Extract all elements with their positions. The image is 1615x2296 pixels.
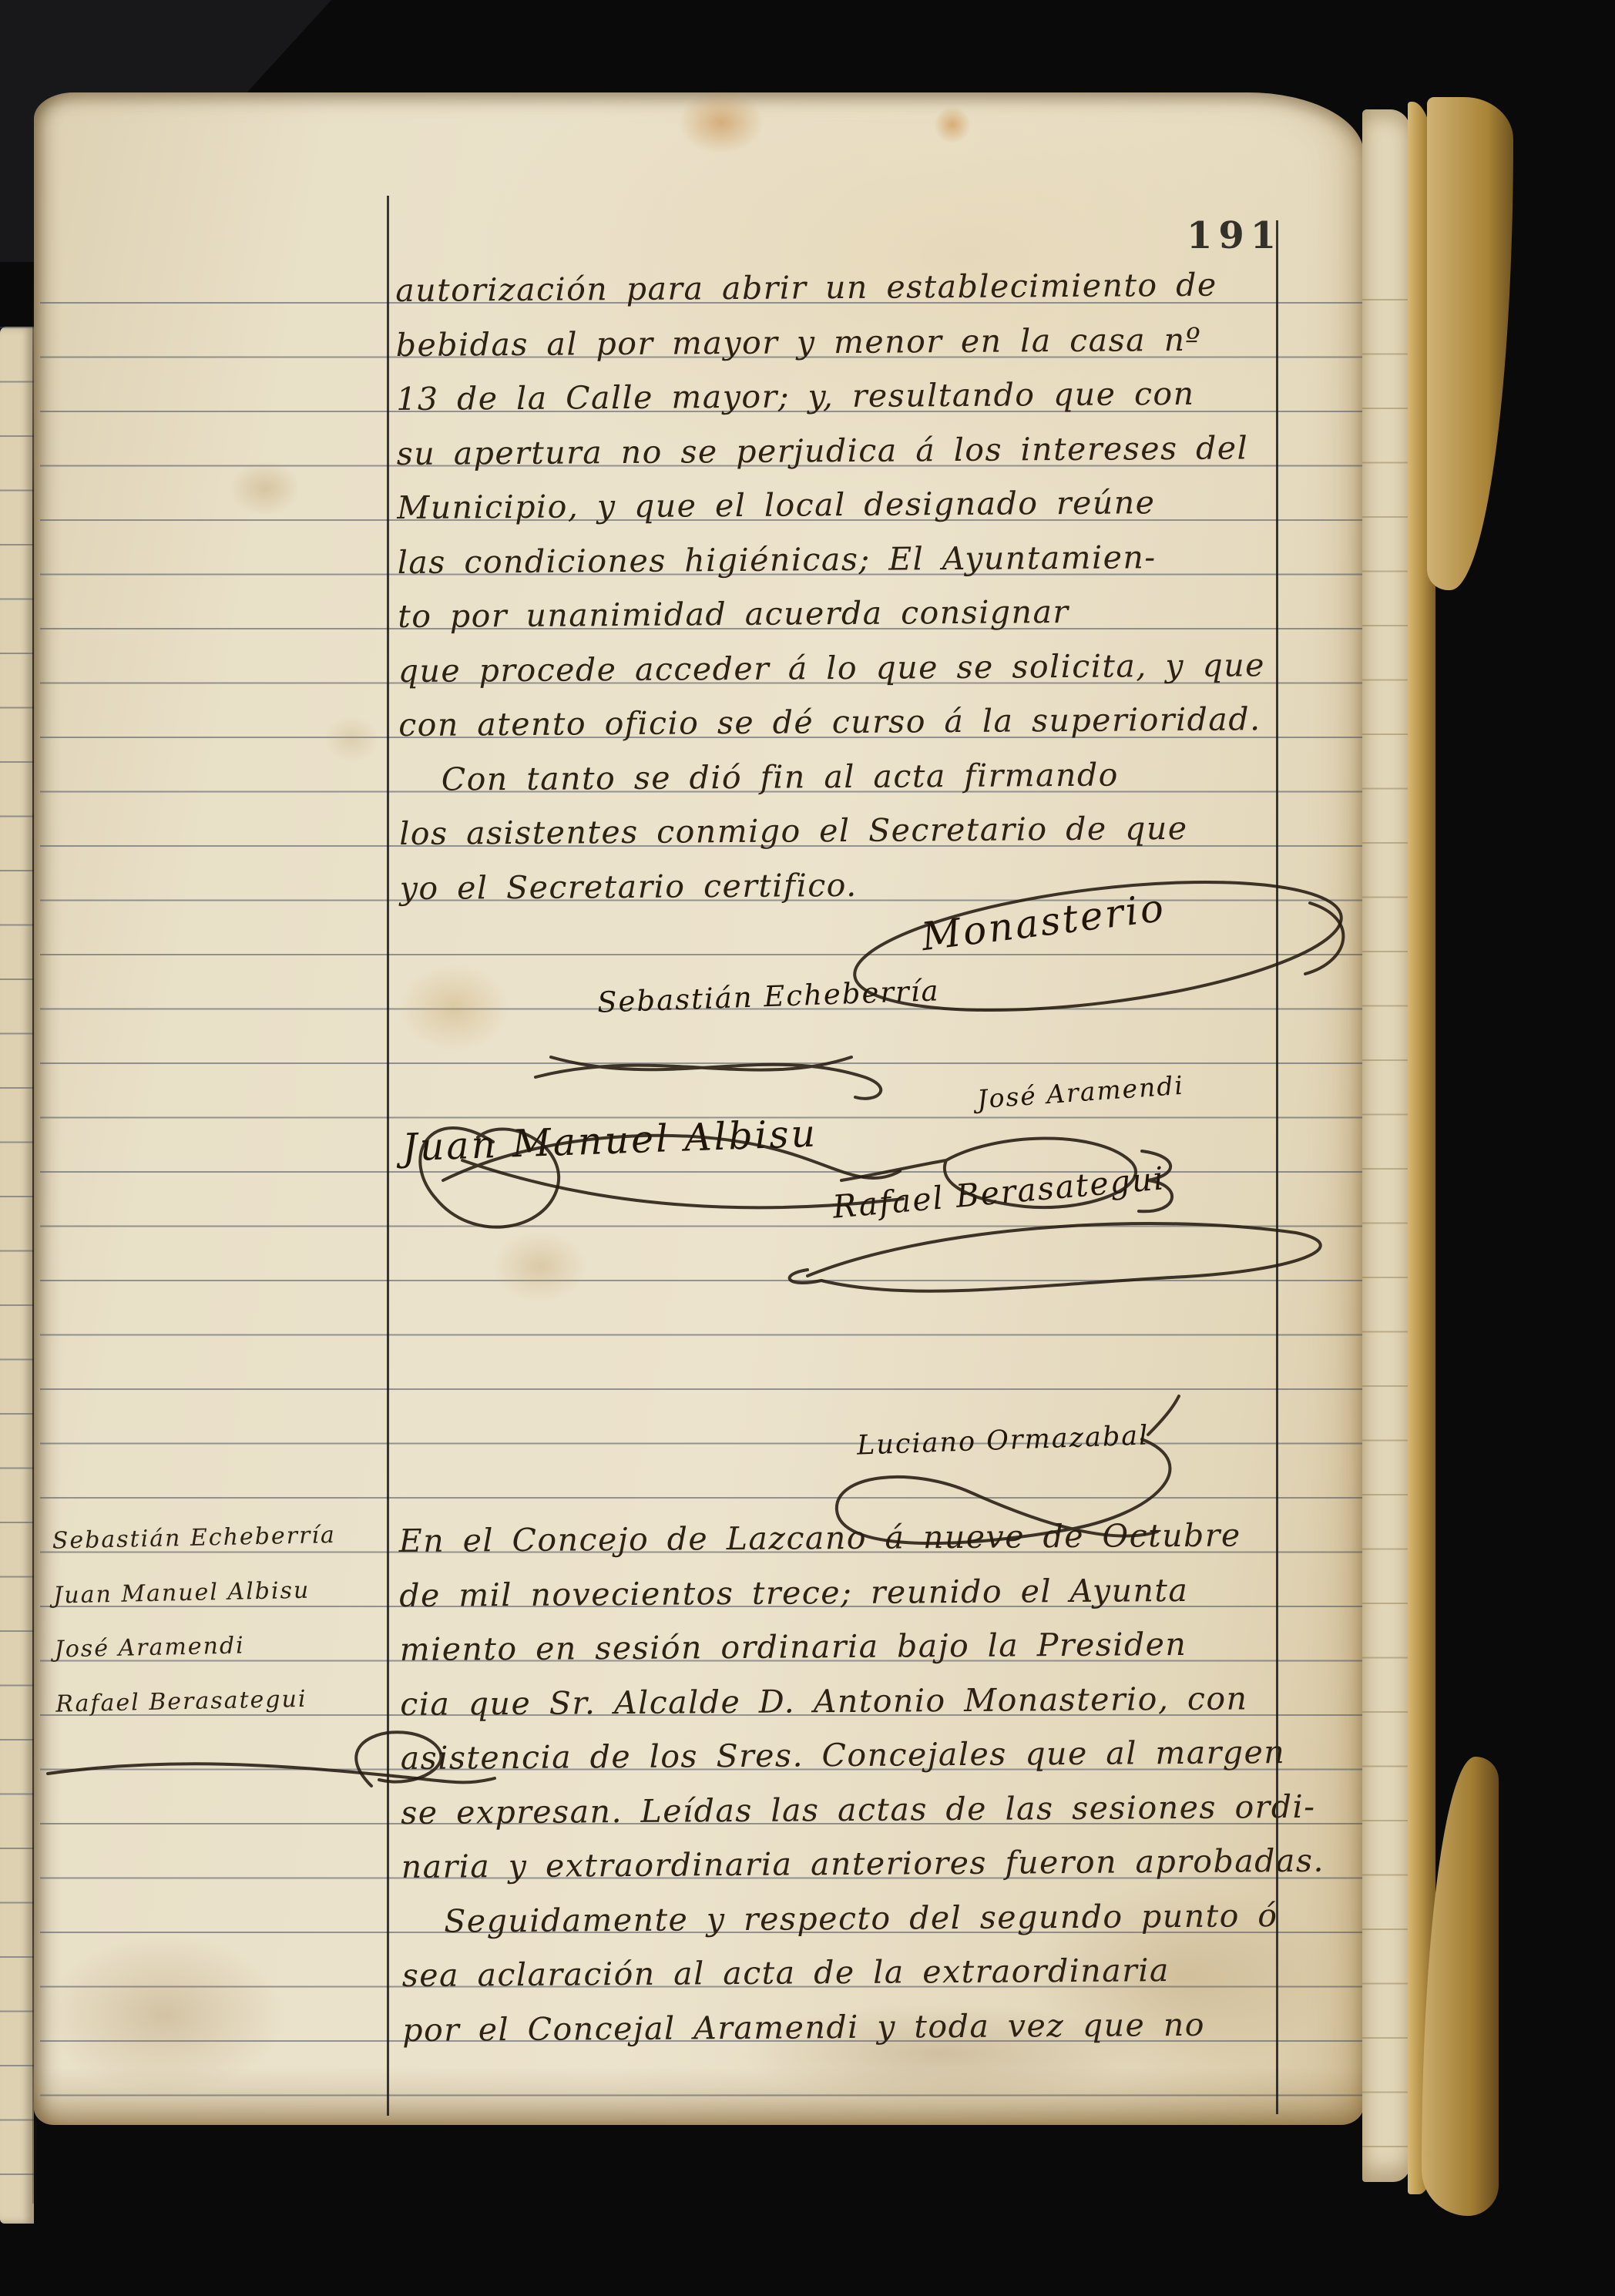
manuscript-line: por el Concejal Aramendi y toda vez que … [402, 1996, 1296, 2057]
stain [678, 91, 764, 154]
manuscript-line: En el Concejo de Lazcano á nueve de Octu… [399, 1508, 1293, 1569]
manuscript-line: su apertura no se perjudica á los intere… [397, 420, 1291, 481]
manuscript-line: Municipio, y que el local designado reún… [397, 475, 1291, 535]
margin-name-aramendi: José Aramendi [54, 1616, 394, 1677]
manuscript-line: autorización para abrir un establecimien… [395, 257, 1289, 318]
scanned-manuscript: 191 autorización para abrir un estableci… [0, 0, 1615, 2296]
manuscript-line: naria y extraordinaria anteriores fueron… [401, 1834, 1295, 1895]
stain [493, 1231, 587, 1302]
manuscript-line: que procede acceder á lo que se solicita… [398, 637, 1292, 698]
ruled-lines [0, 327, 34, 2224]
minute-entry-1: autorización para abrir un establecimien… [395, 257, 1294, 915]
manuscript-line: Seguidamente y respecto del segundo punt… [401, 1888, 1295, 1949]
page-stack-edge [1362, 109, 1410, 2182]
stack-rule-ticks [1362, 299, 1410, 2151]
manuscript-line: sea aclaración al acta de la extraordina… [401, 1942, 1295, 2003]
manuscript-line: cia que Sr. Alcalde D. Antonio Monasteri… [400, 1670, 1294, 1731]
manuscript-line: se expresan. Leídas las actas de las ses… [401, 1779, 1294, 1840]
stain [934, 106, 971, 143]
left-margin-line [387, 196, 389, 2116]
page-number: 191 [1187, 214, 1282, 257]
previous-page-sliver [0, 327, 34, 2224]
manuscript-line: bebidas al por mayor y menor en la casa … [396, 311, 1290, 372]
fore-edge-top [1427, 97, 1513, 590]
manuscript-line: Con tanto se dió fin al acta firmando [398, 746, 1292, 807]
margin-attendee-list: Sebastián Echeberría Juan Manuel Albisu … [52, 1507, 395, 1731]
stain [399, 965, 509, 1051]
margin-name-berasategui: Rafael Berasategui [55, 1670, 395, 1732]
manuscript-line: de mil novecientos trece; reunido el Ayu… [399, 1562, 1293, 1623]
manuscript-line: 13 de la Calle mayor; y, resultando que … [396, 366, 1290, 427]
manuscript-line: asistencia de los Sres. Concejales que a… [401, 1725, 1294, 1786]
manuscript-line: miento en sesión ordinaria bajo la Presi… [400, 1616, 1294, 1677]
stain [324, 715, 379, 763]
stain [230, 461, 301, 516]
minute-entry-2: En el Concejo de Lazcano á nueve de Octu… [399, 1508, 1297, 2057]
stain [45, 1934, 284, 2096]
manuscript-line: las condiciones higiénicas; El Ayuntamie… [398, 529, 1291, 589]
margin-name-albisu: Juan Manuel Albisu [53, 1562, 393, 1623]
margin-name-echeberria: Sebastián Echeberría [52, 1507, 391, 1569]
manuscript-line: con atento oficio se dé curso á la super… [398, 692, 1292, 753]
manuscript-line: to por unanimidad acuerda consignar [398, 583, 1291, 644]
manuscript-line: los asistentes conmigo el Secretario de … [399, 801, 1293, 861]
